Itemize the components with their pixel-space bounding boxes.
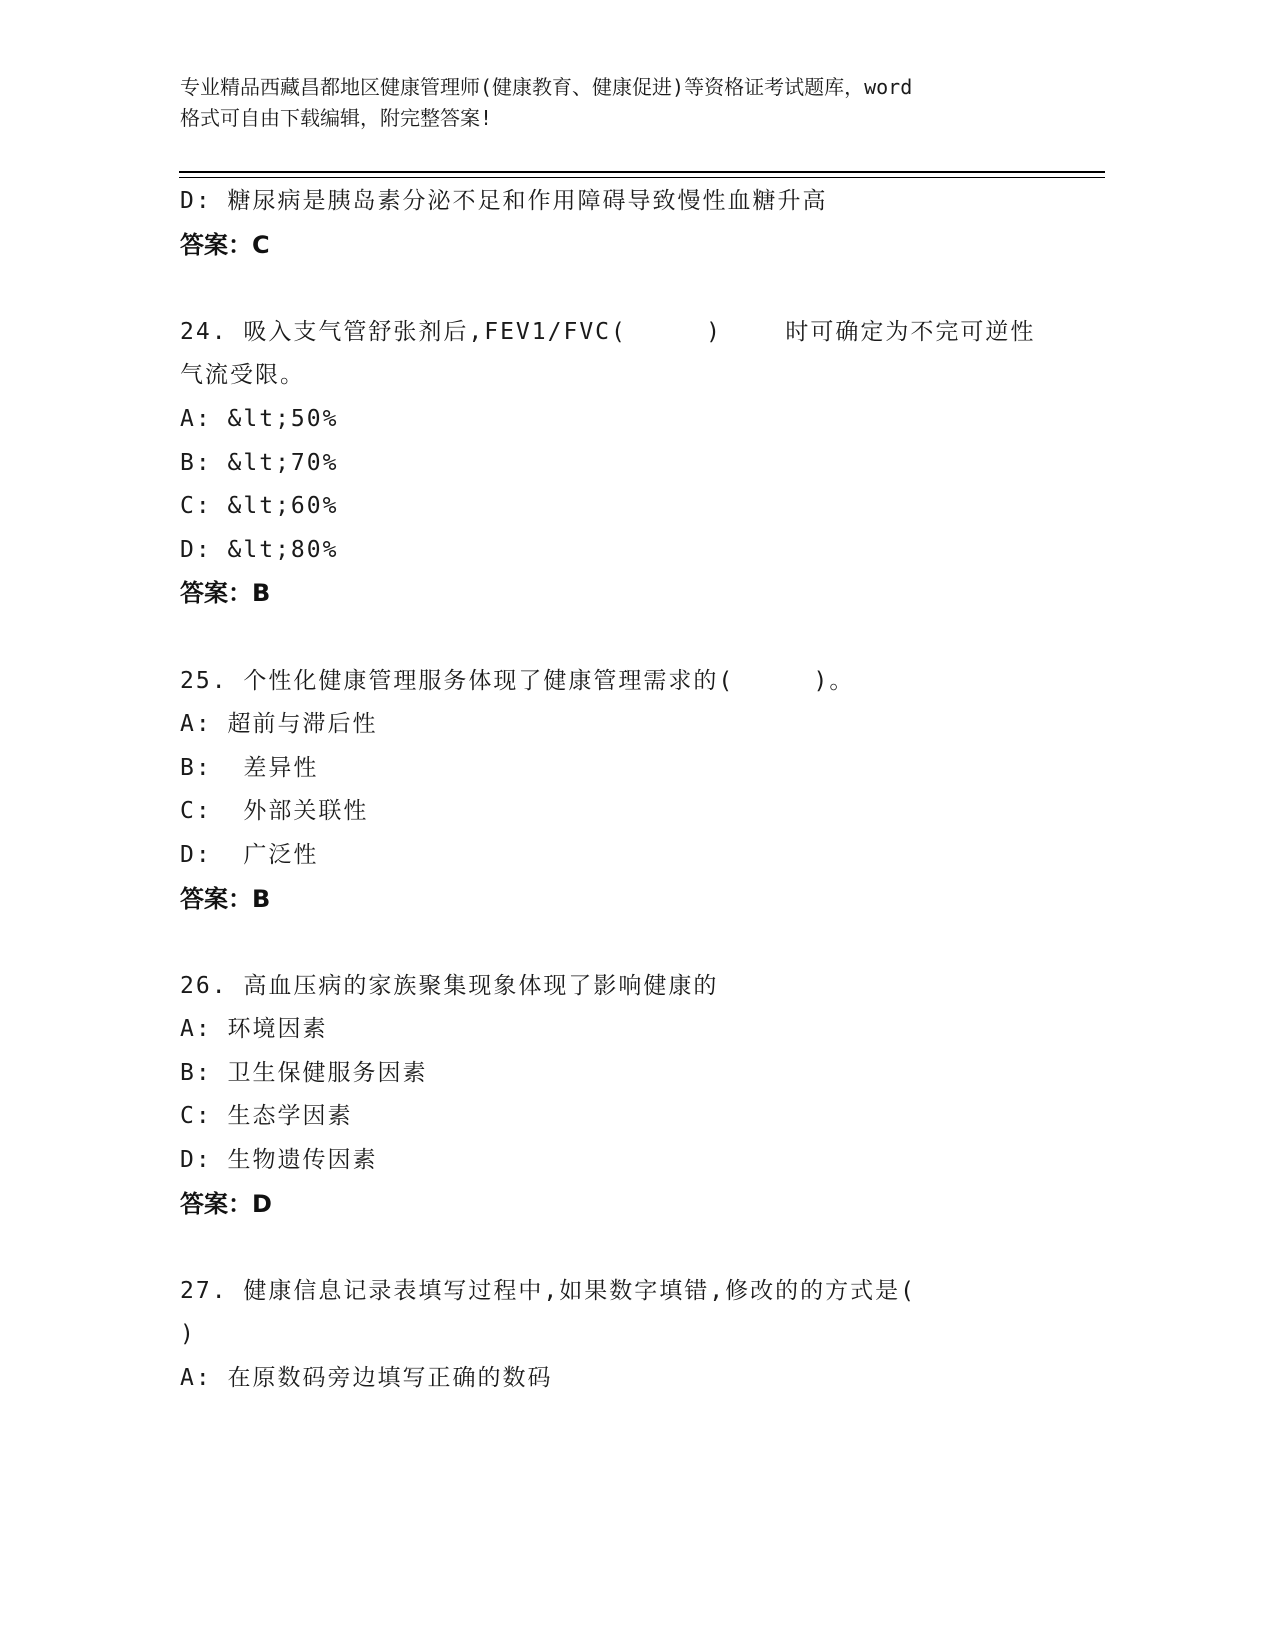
answer: 答案：C xyxy=(180,224,1080,268)
option-b: B: 差异性 xyxy=(180,747,1080,791)
question-stem: 24. 吸入支气管舒张剂后,FEV1/FVC( ) 时可确定为不完可逆性 xyxy=(180,311,1080,355)
option-d: D: 糖尿病是胰岛素分泌不足和作用障碍导致慢性血糖升高 xyxy=(180,180,1080,224)
option-a: A: 超前与滞后性 xyxy=(180,703,1080,747)
option-a: A: 环境因素 xyxy=(180,1008,1080,1052)
question-stem: 25. 个性化健康管理服务体现了健康管理需求的( )。 xyxy=(180,660,1080,704)
answer: 答案：B xyxy=(180,878,1080,922)
question-24: 24. 吸入支气管舒张剂后,FEV1/FVC( ) 时可确定为不完可逆性 气流受… xyxy=(180,311,1080,616)
spacer xyxy=(180,1226,1080,1270)
question-stem-continued: 气流受限。 xyxy=(180,354,1080,398)
answer: 答案：B xyxy=(180,572,1080,616)
option-b: B: 卫生保健服务因素 xyxy=(180,1052,1080,1096)
question-23-tail: D: 糖尿病是胰岛素分泌不足和作用障碍导致慢性血糖升高 答案：C xyxy=(180,180,1080,267)
spacer xyxy=(180,921,1080,965)
header-line-1: 专业精品西藏昌都地区健康管理师(健康教育、健康促进)等资格证考试题库，word xyxy=(180,72,1060,103)
option-d: D: &lt;80% xyxy=(180,529,1080,573)
option-b: B: &lt;70% xyxy=(180,442,1080,486)
option-c: C: 生态学因素 xyxy=(180,1095,1080,1139)
option-c: C: 外部关联性 xyxy=(180,790,1080,834)
answer: 答案：D xyxy=(180,1183,1080,1227)
document-header: 专业精品西藏昌都地区健康管理师(健康教育、健康促进)等资格证考试题库，word … xyxy=(180,72,1060,134)
spacer xyxy=(180,267,1080,311)
question-stem: 26. 高血压病的家族聚集现象体现了影响健康的 xyxy=(180,965,1080,1009)
document-body: D: 糖尿病是胰岛素分泌不足和作用障碍导致慢性血糖升高 答案：C 24. 吸入支… xyxy=(180,180,1080,1401)
header-double-rule xyxy=(179,171,1105,178)
question-27: 27. 健康信息记录表填写过程中,如果数字填错,修改的的方式是( ) A: 在原… xyxy=(180,1270,1080,1401)
question-stem: 27. 健康信息记录表填写过程中,如果数字填错,修改的的方式是( xyxy=(180,1270,1080,1314)
option-d: D: 广泛性 xyxy=(180,834,1080,878)
option-d: D: 生物遗传因素 xyxy=(180,1139,1080,1183)
option-a: A: 在原数码旁边填写正确的数码 xyxy=(180,1357,1080,1401)
spacer xyxy=(180,616,1080,660)
question-25: 25. 个性化健康管理服务体现了健康管理需求的( )。 A: 超前与滞后性 B:… xyxy=(180,660,1080,922)
option-a: A: &lt;50% xyxy=(180,398,1080,442)
question-26: 26. 高血压病的家族聚集现象体现了影响健康的 A: 环境因素 B: 卫生保健服… xyxy=(180,965,1080,1227)
option-c: C: &lt;60% xyxy=(180,485,1080,529)
header-line-2: 格式可自由下载编辑，附完整答案! xyxy=(180,103,1060,134)
question-stem-continued: ) xyxy=(180,1313,1080,1357)
